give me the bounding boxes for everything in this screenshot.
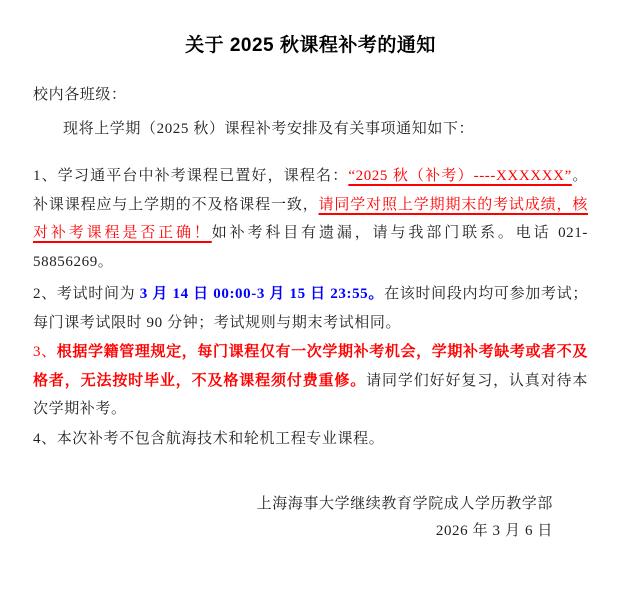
document-body: 校内各班级：现将上学期（2025 秋）课程补考安排及有关事项通知如下：1、学习通… xyxy=(33,81,588,453)
text-run: 校内各班级： xyxy=(33,87,127,103)
paragraph-item-4: 4、本次补考不包含航海技术和轮机工程专业课程。 xyxy=(33,425,588,454)
paragraph-item-1: 1、学习通平台中补考课程已置好，课程名：“2025 秋（补考）----XXXXX… xyxy=(33,162,588,276)
text-run: 现将上学期（2025 秋）课程补考安排及有关事项通知如下： xyxy=(63,121,474,137)
text-run: 1、学习通平台中补考课程已置好，课程名： xyxy=(33,168,348,184)
signature-org: 上海海事大学继续教育学院成人学历教学部 xyxy=(33,491,553,518)
signature-block: 上海海事大学继续教育学院成人学历教学部 2026 年 3 月 6 日 xyxy=(33,491,588,545)
text-run: “2025 秋（补考）----XXXXXX” xyxy=(348,168,572,184)
paragraph-intro: 现将上学期（2025 秋）课程补考安排及有关事项通知如下： xyxy=(33,115,588,144)
document-title: 关于 2025 秋课程补考的通知 xyxy=(33,33,588,59)
text-run: 3 月 14 日 00:00-3 月 15 日 23:55。 xyxy=(140,286,384,302)
notice-document: 关于 2025 秋课程补考的通知 校内各班级：现将上学期（2025 秋）课程补考… xyxy=(0,0,619,604)
signature-date: 2026 年 3 月 6 日 xyxy=(33,518,553,545)
paragraph-item-2: 2、考试时间为 3 月 14 日 00:00-3 月 15 日 23:55。在该… xyxy=(33,280,588,337)
paragraph-salutation: 校内各班级： xyxy=(33,81,588,110)
text-run: 4、本次补考不包含航海技术和轮机工程专业课程。 xyxy=(33,431,384,447)
text-run: 3、 xyxy=(33,344,57,360)
paragraph-item-3: 3、根据学籍管理规定，每门课程仅有一次学期补考机会，学期补考缺考或者不及格者，无… xyxy=(33,338,588,424)
text-run: 2、考试时间为 xyxy=(33,286,140,302)
